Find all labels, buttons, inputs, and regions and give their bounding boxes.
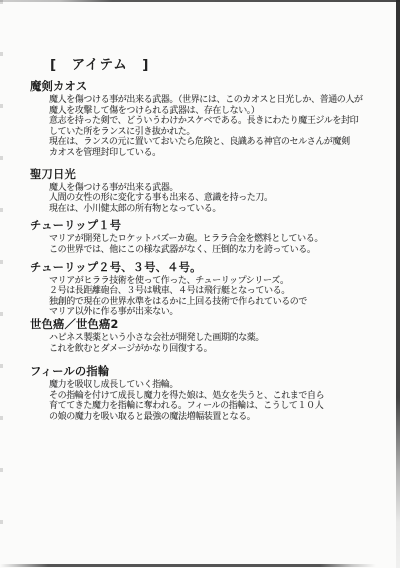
section-body: 魔人を傷つける事が出来る武器。 人間の女性の形に変化する事も出来る、意識を持った…: [49, 183, 380, 215]
section-body: ハピネス製薬という小さな会社が開発した画期的な薬。 これを飲むとダメージがかなり…: [49, 333, 380, 354]
body-line: カオスを管理封印している。: [49, 148, 380, 159]
section-seishokugan: 世色癌／世色癌2 ハピネス製薬という小さな会社が開発した画期的な薬。 これを飲む…: [0, 319, 400, 354]
scan-edge-bottom: [0, 564, 400, 567]
body-line: その指輪を付けて成長し魔力を得た娘は、処女を失うと、これまで自ら: [49, 391, 380, 402]
section-heading: チューリップ１号: [30, 220, 400, 232]
section-feel-ring: フィールの指輪 魔力を吸収し成長していく指輪。 その指輪を付けて成長し魔力を得た…: [0, 366, 400, 422]
body-line: していた所をランスに引き抜かれた。: [49, 127, 380, 138]
body-line: ２号は長距離砲台、３号は戦車、４号は飛行艇となっている。: [49, 286, 380, 297]
section-body: マリアがヒララ技術を使って作った、チューリップシリーズ。 ２号は長距離砲台、３号…: [49, 276, 380, 318]
body-line: 魔力を吸収し成長していく指輪。: [49, 380, 380, 391]
page-title: [ アイテム ]: [50, 57, 400, 73]
section-heading: フィールの指輪: [30, 366, 400, 378]
section-tulip-1: チューリップ１号 マリアが開発したロケットバズーカ砲。ヒララ合金を燃料としている…: [0, 220, 400, 255]
body-line: の娘の魔力を吸い取ると最強の魔法増幅装置となる。: [49, 412, 380, 423]
section-body: 魔人を傷つける事が出来る武器。（世界には、このカオスと日光しか、普通の人が 魔人…: [49, 95, 380, 159]
body-line: 意志を持った剣で、どういうわけかスケベである。長きにわたり魔王ジルを封印: [49, 116, 380, 127]
section-heading: 世色癌／世色癌2: [30, 319, 400, 331]
section-body: 魔力を吸収し成長していく指輪。 その指輪を付けて成長し魔力を得た娘は、処女を失う…: [49, 380, 380, 422]
scan-edge-right: [396, 0, 400, 568]
body-line: この世界では、他にこの様な武器がなく、圧倒的な力を誇っている。: [49, 245, 380, 256]
section-heading: 聖刀日光: [30, 169, 400, 181]
body-line: これを飲むとダメージがかなり回復する。: [49, 344, 380, 355]
body-line: マリアが開発したロケットバズーカ砲。ヒララ合金を燃料としている。: [49, 234, 380, 245]
body-line: 魔人を傷つける事が出来る武器。: [49, 183, 380, 194]
body-line: 現在は、小川健太郎の所有物となっている。: [49, 204, 380, 215]
body-line: ハピネス製薬という小さな会社が開発した画期的な薬。: [49, 333, 380, 344]
body-line: マリアがヒララ技術を使って作った、チューリップシリーズ。: [49, 276, 380, 287]
body-line: 人間の女性の形に変化する事も出来る、意識を持った刀。: [49, 193, 380, 204]
body-line: 独創的で現在の世界水準をはるかに上回る技術で作られているので: [49, 297, 380, 308]
section-heading: チューリップ２号、３号、４号。: [30, 262, 400, 274]
body-line: 魔人を攻撃して傷をつけられる武器は、存在しない。）: [49, 106, 380, 117]
section-body: マリアが開発したロケットバズーカ砲。ヒララ合金を燃料としている。 この世界では、…: [49, 234, 380, 255]
scan-edge-top: [0, 0, 400, 2]
body-line: 魔人を傷つける事が出来る武器。（世界には、このカオスと日光しか、普通の人が: [49, 95, 380, 106]
body-line: 現在は、ランスの元に置いておいたら危険と、良識ある神官のセルさんが魔剣: [49, 137, 380, 148]
body-line: 育ててきた魔力を指輪に奪われる。フィールの指輪は、こうして１０人: [49, 401, 380, 412]
section-seitou-nikkou: 聖刀日光 魔人を傷つける事が出来る武器。 人間の女性の形に変化する事も出来る、意…: [0, 169, 400, 215]
scanned-page: [ アイテム ] 魔剣カオス 魔人を傷つける事が出来る武器。（世界には、このカオ…: [0, 0, 400, 568]
section-maken-chaos: 魔剣カオス 魔人を傷つける事が出来る武器。（世界には、このカオスと日光しか、普通…: [0, 81, 400, 159]
body-line: マリア以外に作る事が出来ない。: [49, 307, 380, 318]
section-tulip-2-3-4: チューリップ２号、３号、４号。 マリアがヒララ技術を使って作った、チューリップシ…: [0, 262, 400, 318]
scan-marks-left: [0, 0, 3, 568]
section-heading: 魔剣カオス: [30, 81, 400, 93]
